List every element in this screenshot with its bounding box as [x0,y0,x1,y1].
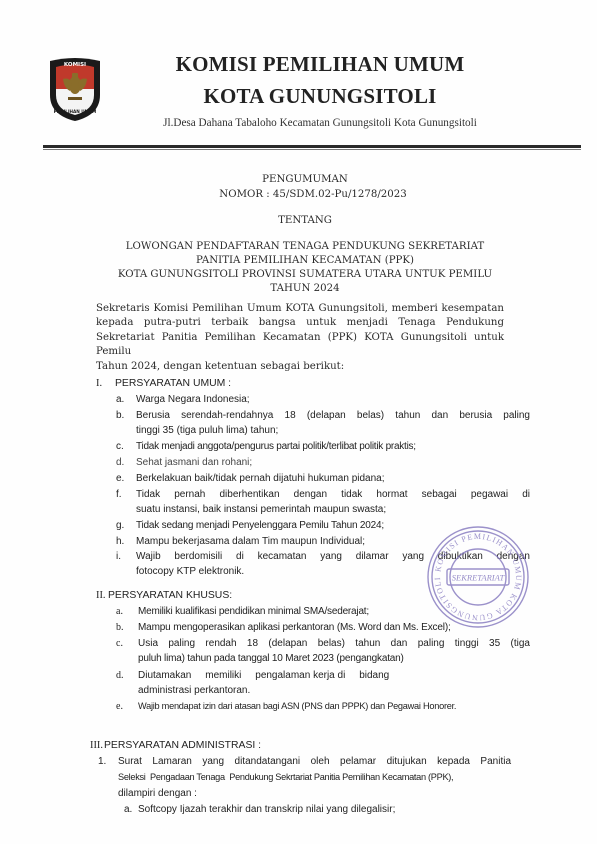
section-title: PERSYARATAN ADMINISTRASI : [104,740,261,751]
list-item-continuation: fotocopy KTP elektronik. [136,566,244,577]
list-item-continuation: dilampiri dengan : [118,788,197,799]
intro-paragraph: Sekretaris Komisi Pemilihan Umum KOTA Gu… [96,302,504,374]
letterhead-divider [43,145,581,148]
kpu-garuda-emblem-icon: KOMISI PEMILIHAN UMUM [46,55,104,123]
list-item-continuation: suatu instansi, baik instansi pemerintah… [136,504,386,515]
intro-line: kepada putra-putri terbaik bangsa untuk … [96,316,504,330]
announcement-about: TENTANG [60,215,550,226]
list-item-continuation: Seleksi Pengadaan Tenaga Pendukung Sekrt… [118,772,453,782]
svg-text:KOMISI: KOMISI [64,62,86,68]
section-title: PERSYARATAN UMUM : [115,378,231,389]
list-item-continuation: administrasi perkantoran. [138,685,250,696]
org-name-line1: KOMISI PEMILIHAN UMUM [150,52,490,77]
section-marker: I. [96,378,115,389]
letterhead-divider-thin [43,149,581,150]
document-page: KOMISI PEMILIHAN UMUM KOMISI PEMILIHAN U… [0,0,597,844]
official-seal-stamp-icon: KOMISI PEMILIHAN UMUM KOTA GUNUNGSITOLI … [423,522,533,632]
org-address: Jl.Desa Dahana Tabaloho Kecamatan Gunung… [150,117,490,129]
intro-line: Sekretariat Panitia Pemilihan Kecamatan … [96,331,504,360]
subject-line-2: PANITIA PEMILIHAN KECAMATAN (PPK) [60,255,550,266]
section-1-heading: I.PERSYARATAN UMUM : [96,378,231,389]
section-marker: III. [90,740,104,751]
section-title: PERSYARATAN KHUSUS: [108,590,232,601]
announcement-number: NOMOR : 45/SDM.02-Pu/1278/2023 [68,189,558,200]
subject-line-3: KOTA GUNUNGSITOLI PROVINSI SUMATERA UTAR… [60,269,550,280]
kpu-logo: KOMISI PEMILIHAN UMUM [46,55,104,123]
subject-line-1: LOWONGAN PENDAFTARAN TENAGA PENDUKUNG SE… [60,241,550,252]
section-marker: II. [96,590,108,601]
svg-text:SEKRETARIAT: SEKRETARIAT [452,573,506,583]
intro-line: Sekretaris Komisi Pemilihan Umum KOTA Gu… [96,302,504,316]
section-3-heading: III.PERSYARATAN ADMINISTRASI : [90,740,261,751]
section-2-heading: II.PERSYARATAN KHUSUS: [96,590,232,601]
org-name-line2: KOTA GUNUNGSITOLI [150,84,490,109]
subject-line-4: TAHUN 2024 [60,283,550,294]
list-item-continuation: puluh lima) tahun pada tanggal 10 Maret … [138,653,404,664]
announcement-type: PENGUMUMAN [60,174,550,185]
list-item-continuation: tinggi 35 (tiga puluh lima) tahun; [136,425,278,436]
intro-line: Tahun 2024, dengan ketentuan sebagai ber… [96,360,504,374]
svg-text:PEMILIHAN UMUM: PEMILIHAN UMUM [54,109,97,114]
